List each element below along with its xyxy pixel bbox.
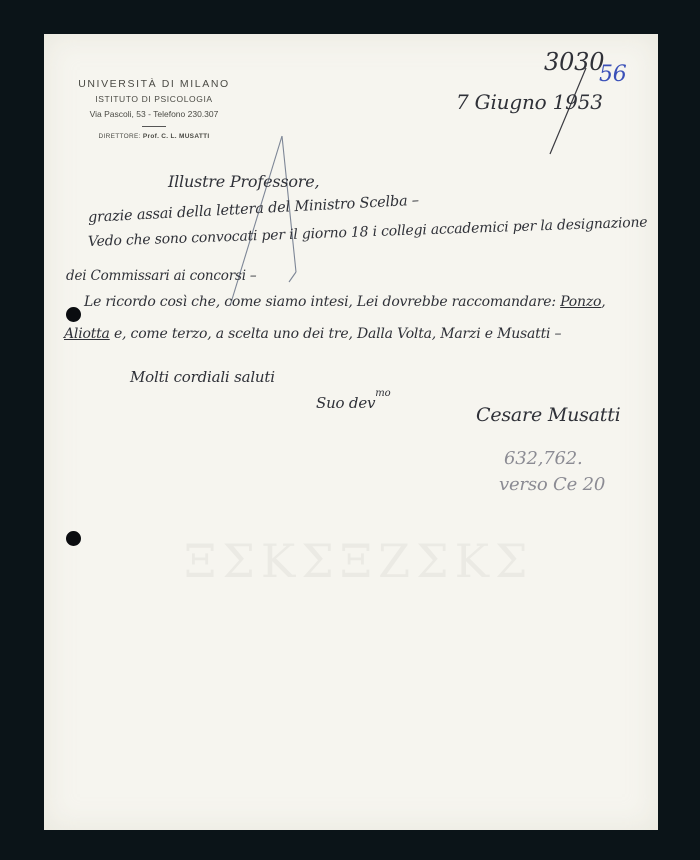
archive-number: 3030 <box>544 48 604 76</box>
letter-line-4-text: Le ricordo così che, come siamo intesi, … <box>84 294 556 310</box>
letter-line-3: dei Commissari ai concorsi – <box>66 268 256 284</box>
pencil-reference-1: 632,762. <box>504 448 583 469</box>
pencil-reference-2: verso Ce 20 <box>499 474 605 495</box>
letter-line-5: Aliotta e, come terzo, a scelta uno dei … <box>64 326 561 342</box>
closing-sign-text: Suo dev <box>316 394 375 412</box>
underlined-name-aliotta: Aliotta <box>64 326 110 342</box>
closing-superscript: mo <box>375 388 390 399</box>
underlined-name-ponzo: Ponzo <box>560 294 601 310</box>
punch-hole-bottom <box>66 531 81 546</box>
signature: Cesare Musatti <box>476 404 621 426</box>
letter-line-5-text: e, come terzo, a scelta uno dei tre, Dal… <box>114 326 561 342</box>
salutation: Illustre Professore, <box>168 172 319 191</box>
pencil-strokes <box>44 34 658 830</box>
punch-hole-top <box>66 307 81 322</box>
letter-date: 7 Giugno 1953 <box>456 90 603 114</box>
closing-greeting: Molti cordiali saluti <box>130 368 275 386</box>
letter-page: ΞΣΚΣΞΖΣΚΣ UNIVERSITÀ DI MILANO ISTITUTO … <box>44 34 658 830</box>
closing-sign: Suo devmo <box>316 394 390 412</box>
archive-suffix: 56 <box>599 62 627 87</box>
letter-line-4: Le ricordo così che, come siamo intesi, … <box>84 294 606 310</box>
